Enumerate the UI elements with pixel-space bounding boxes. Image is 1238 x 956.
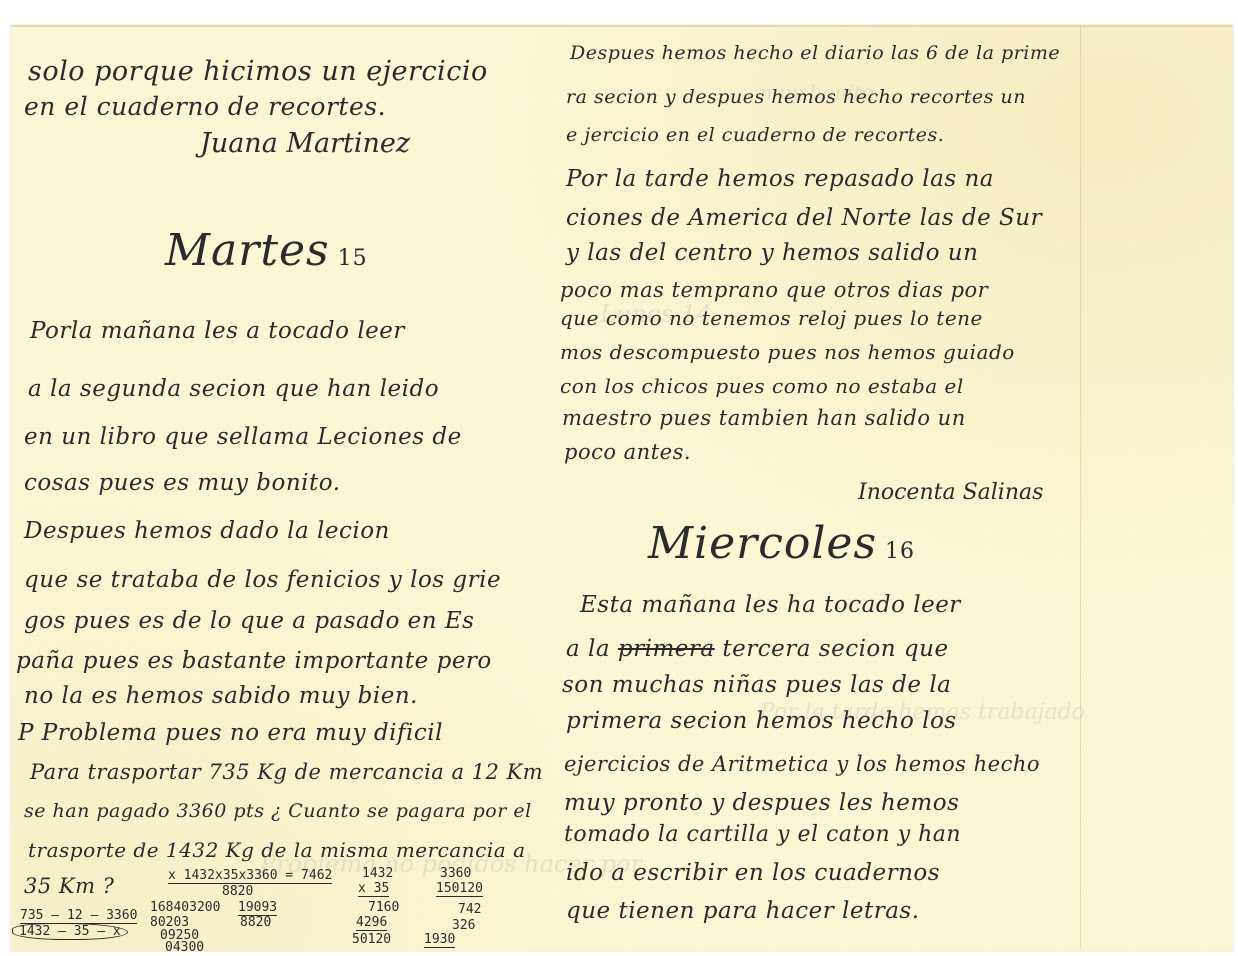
signature-inocenta-salinas: Inocenta Salinas bbox=[858, 480, 1043, 505]
text-line: paña pues es bastante importante pero bbox=[16, 648, 492, 674]
paper-fold-line bbox=[1080, 25, 1081, 949]
text-line: ido a escribir en los cuadernos bbox=[566, 860, 940, 886]
text-line: Porla mañana les a tocado leer bbox=[30, 318, 405, 344]
calc-mult2-a: 3360 bbox=[440, 866, 471, 881]
text-line: 35 Km ? bbox=[24, 874, 114, 898]
text-line: que se trataba de los fenicios y los gri… bbox=[24, 567, 501, 593]
text-line: Esta mañana les ha tocado leer bbox=[580, 592, 961, 618]
text-line: a la segunda secion que han leido bbox=[28, 376, 439, 402]
text-line: mos descompuesto pues nos hemos guiado bbox=[560, 340, 1015, 364]
heading-day-name: Miercoles bbox=[648, 518, 877, 569]
text-line: cosas pues es muy bonito. bbox=[24, 470, 341, 496]
entry-heading-martes: Martes15 bbox=[165, 225, 368, 276]
text-line: e jercicio en el cuaderno de recortes. bbox=[566, 124, 944, 146]
calc-mult-b: x 35 bbox=[358, 881, 389, 896]
signature-juana-martinez: Juana Martinez bbox=[200, 128, 410, 159]
text-line: ra secion y despues hemos hecho recortes… bbox=[566, 86, 1026, 108]
text-line: muy pronto y despues les hemos bbox=[564, 790, 959, 816]
calc-mult2-partial: 326 bbox=[452, 918, 475, 933]
text-line: y las del centro y hemos salido un bbox=[566, 240, 978, 266]
text-fragment: tercera secion que bbox=[722, 636, 948, 662]
calc-division-dividend: 168403200 bbox=[150, 900, 220, 915]
calc-setup-2: 1432 — 35 — x bbox=[12, 924, 128, 939]
calc-mult2-result: 150120 bbox=[436, 881, 483, 896]
text-line: poco antes. bbox=[564, 440, 691, 464]
text-line: primera secion hemos hecho los bbox=[566, 708, 957, 734]
text-line: tomado la cartilla y el caton y han bbox=[564, 822, 961, 847]
text-line: Despues hemos dado la lecion bbox=[24, 518, 390, 544]
text-line: ejercicios de Aritmetica y los hemos hec… bbox=[564, 752, 1040, 776]
calc-division-divisor: 19093 bbox=[238, 900, 277, 915]
calc-mult-a: 1432 bbox=[362, 866, 393, 881]
text-line: con los chicos pues como no estaba el bbox=[560, 374, 964, 398]
text-line: que tienen para hacer letras. bbox=[566, 898, 920, 924]
text-line: Despues hemos hecho el diario las 6 de l… bbox=[570, 42, 1060, 64]
calc-equation-denominator: 8820 bbox=[222, 884, 253, 899]
text-line: poco mas temprano que otros dias por bbox=[560, 278, 988, 302]
text-line: maestro pues tambien han salido un bbox=[562, 406, 966, 430]
calc-mult2-partial: 742 bbox=[458, 902, 481, 917]
heading-day-name: Martes bbox=[165, 225, 330, 276]
text-line: Por la tarde hemos repasado las na bbox=[566, 166, 994, 192]
calc-equation: x 1432x35x3360 = 7462 bbox=[168, 868, 332, 883]
calc-setup-1: 735 — 12 — 3360 bbox=[20, 908, 137, 923]
heading-day-number: 15 bbox=[338, 246, 368, 271]
entry-heading-miercoles: Miercoles16 bbox=[648, 518, 915, 569]
calc-division-quotient: 8820 bbox=[240, 915, 271, 930]
text-line: a la primera tercera secion que bbox=[566, 636, 949, 662]
calc-mult-partial: 7160 bbox=[368, 900, 399, 915]
text-line: se han pagado 3360 pts ¿ Cuanto se pagar… bbox=[24, 800, 532, 822]
text-line: gos pues es de lo que a pasado en Es bbox=[24, 608, 474, 634]
text-line: en un libro que sellama Leciones de bbox=[24, 424, 462, 450]
text-fragment: a la bbox=[566, 636, 610, 662]
text-line: en el cuaderno de recortes. bbox=[24, 92, 386, 121]
calc-division-remainder: 04300 bbox=[165, 940, 204, 955]
text-line: P Problema pues no era muy dificil bbox=[18, 720, 443, 746]
calc-mult2-partial: 1930 bbox=[424, 932, 455, 947]
calc-mult-partial: 4296 bbox=[356, 915, 387, 930]
calc-mult-result: 50120 bbox=[352, 932, 391, 947]
text-line: trasporte de 1432 Kg de la misma mercanc… bbox=[28, 838, 526, 862]
text-line: son muchas niñas pues las de la bbox=[562, 672, 951, 698]
text-line: que como no tenemos reloj pues lo tene bbox=[560, 306, 983, 330]
text-line: no la es hemos sabido muy bien. bbox=[24, 683, 418, 709]
heading-day-number: 16 bbox=[885, 539, 915, 564]
struck-word: primera bbox=[618, 636, 715, 662]
text-line: ciones de America del Norte las de Sur bbox=[566, 205, 1042, 231]
text-line: Para trasportar 735 Kg de mercancia a 12… bbox=[30, 760, 543, 784]
text-line: solo porque hicimos un ejercicio bbox=[28, 56, 488, 87]
